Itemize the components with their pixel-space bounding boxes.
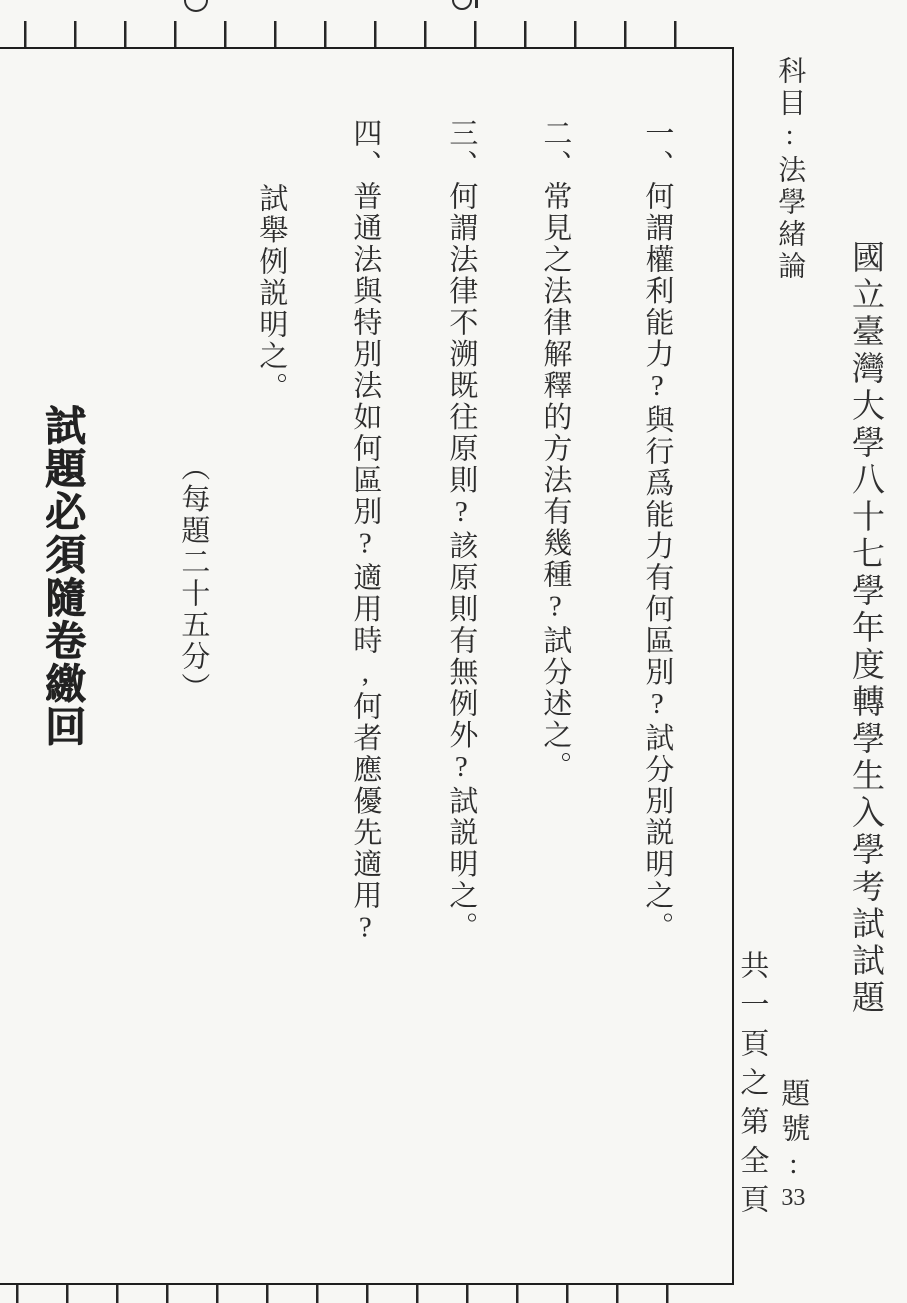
ruler-ticks-top	[24, 21, 696, 47]
scan-artifact-mark	[184, 0, 208, 12]
question-1: 一、何謂權利能力?與行爲能力有何區別?試分別説明之。	[640, 118, 673, 943]
question-2: 二、常見之法律解釋的方法有幾種?試分述之。	[538, 118, 571, 783]
exam-title: 國立臺灣大學八十七學年度轉學生入學考試試題	[845, 240, 883, 1017]
question-3: 三、何謂法律不溯既往原則?該原則有無例外?試説明之。	[444, 118, 477, 943]
scan-artifact-mark	[475, 0, 478, 8]
question-number-label: 題號:	[777, 1078, 809, 1186]
question-number-value: 33	[780, 1186, 806, 1210]
points-per-question-note: ︵每題二十五分︶	[176, 452, 209, 704]
ruler-ticks-bottom	[16, 1285, 706, 1303]
question-4: 四、普通法與特別法如何區別?適用時,何者應優先適用?	[348, 118, 381, 946]
scan-artifact-mark	[452, 0, 472, 10]
handwritten-return-note: 試題必須隨卷繳回	[40, 404, 83, 748]
question-number: 題號:33	[776, 1078, 809, 1210]
scanned-exam-page: 國立臺灣大學八十七學年度轉學生入學考試試題 科目:法學緒論 共一頁之第全頁 題號…	[0, 0, 907, 1303]
page-count-note: 共一頁之第全頁	[735, 950, 768, 1223]
question-4-continuation: 試舉例説明之。	[254, 183, 287, 404]
subject-label: 科目:法學緒論	[773, 56, 805, 283]
